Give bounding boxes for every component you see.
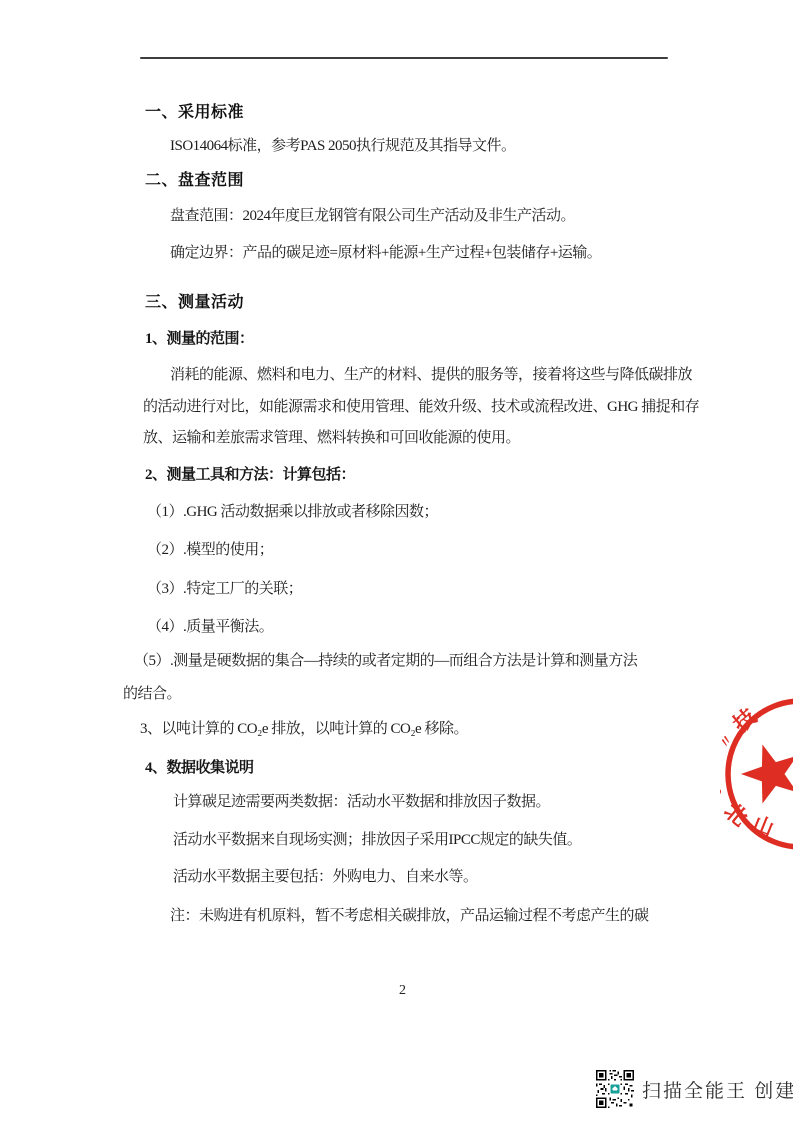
doc-line: 的活动进行对比，如能源需求和使用管理、能效升级、技术或流程改进、GHG 捕捉和存 [143, 398, 699, 417]
doc-line: 放、运输和差旅需求管理、燃料转换和可回收能源的使用。 [143, 429, 520, 448]
section-heading-1: 一、采用标准 [145, 103, 244, 123]
qr-code [596, 1070, 634, 1108]
doc-line: （1）.GHG 活动数据乘以排放或者移除因数； [147, 503, 438, 522]
red-seal-stamp: 技 〃 北 山 、 [720, 690, 793, 855]
doc-line: 活动水平数据主要包括：外购电力、自来水等。 [173, 868, 478, 887]
section-heading-2: 二、盘查范围 [145, 171, 244, 191]
stamp-lower-frag: 山 [750, 812, 777, 841]
scanner-app-label: 扫描全能王 创建 [642, 1076, 793, 1103]
scanned-document-page: 一、采用标准 ISO14064标准，参考PAS 2050执行规范及其指导文件。 … [0, 0, 793, 1123]
doc-line: 2、测量工具和方法：计算包括： [145, 466, 355, 485]
doc-line: （3）.特定工厂的关联； [147, 580, 302, 599]
doc-line: 4、数据收集说明 [145, 759, 254, 778]
doc-line: 3、以吨计算的 CO₂e 排放，以吨计算的 CO₂e 移除。 [140, 720, 468, 739]
doc-line: 的结合。 [123, 685, 181, 704]
doc-line: 1、测量的范围： [145, 330, 254, 349]
doc-line: 注：未购进有机原料，暂不考虑相关碳排放，产品运输过程不考虑产生的碳 [170, 907, 649, 926]
page-number: 2 [399, 983, 406, 999]
doc-line: （2）.模型的使用； [147, 541, 273, 560]
stamp-upper-char: 技 [728, 704, 761, 737]
doc-line: 计算碳足迹需要两类数据：活动水平数据和排放因子数据。 [173, 793, 550, 812]
section-heading-3: 三、测量活动 [145, 293, 244, 313]
doc-line: （5）.测量是硬数据的集合—持续的或者定期的—而组合方法是计算和测量方法 [134, 652, 637, 671]
scanner-footer: 扫描全能王 创建 [596, 1070, 793, 1108]
doc-line: （4）.质量平衡法。 [147, 618, 273, 637]
doc-line: 活动水平数据来自现场实测；排放因子采用IPCC规定的缺失值。 [173, 831, 581, 850]
header-rule [140, 57, 668, 59]
doc-line: ISO14064标准，参考PAS 2050执行规范及其指导文件。 [170, 137, 516, 156]
doc-line: 盘查范围：2024年度巨龙钢管有限公司生产活动及非生产活动。 [170, 207, 575, 226]
doc-line: 确定边界：产品的碳足迹=原材料+能源+生产过程+包装储存+运输。 [170, 244, 601, 263]
doc-line: 消耗的能源、燃料和电力、生产的材料、提供的服务等，接着将这些与降低碳排放 [170, 366, 692, 385]
